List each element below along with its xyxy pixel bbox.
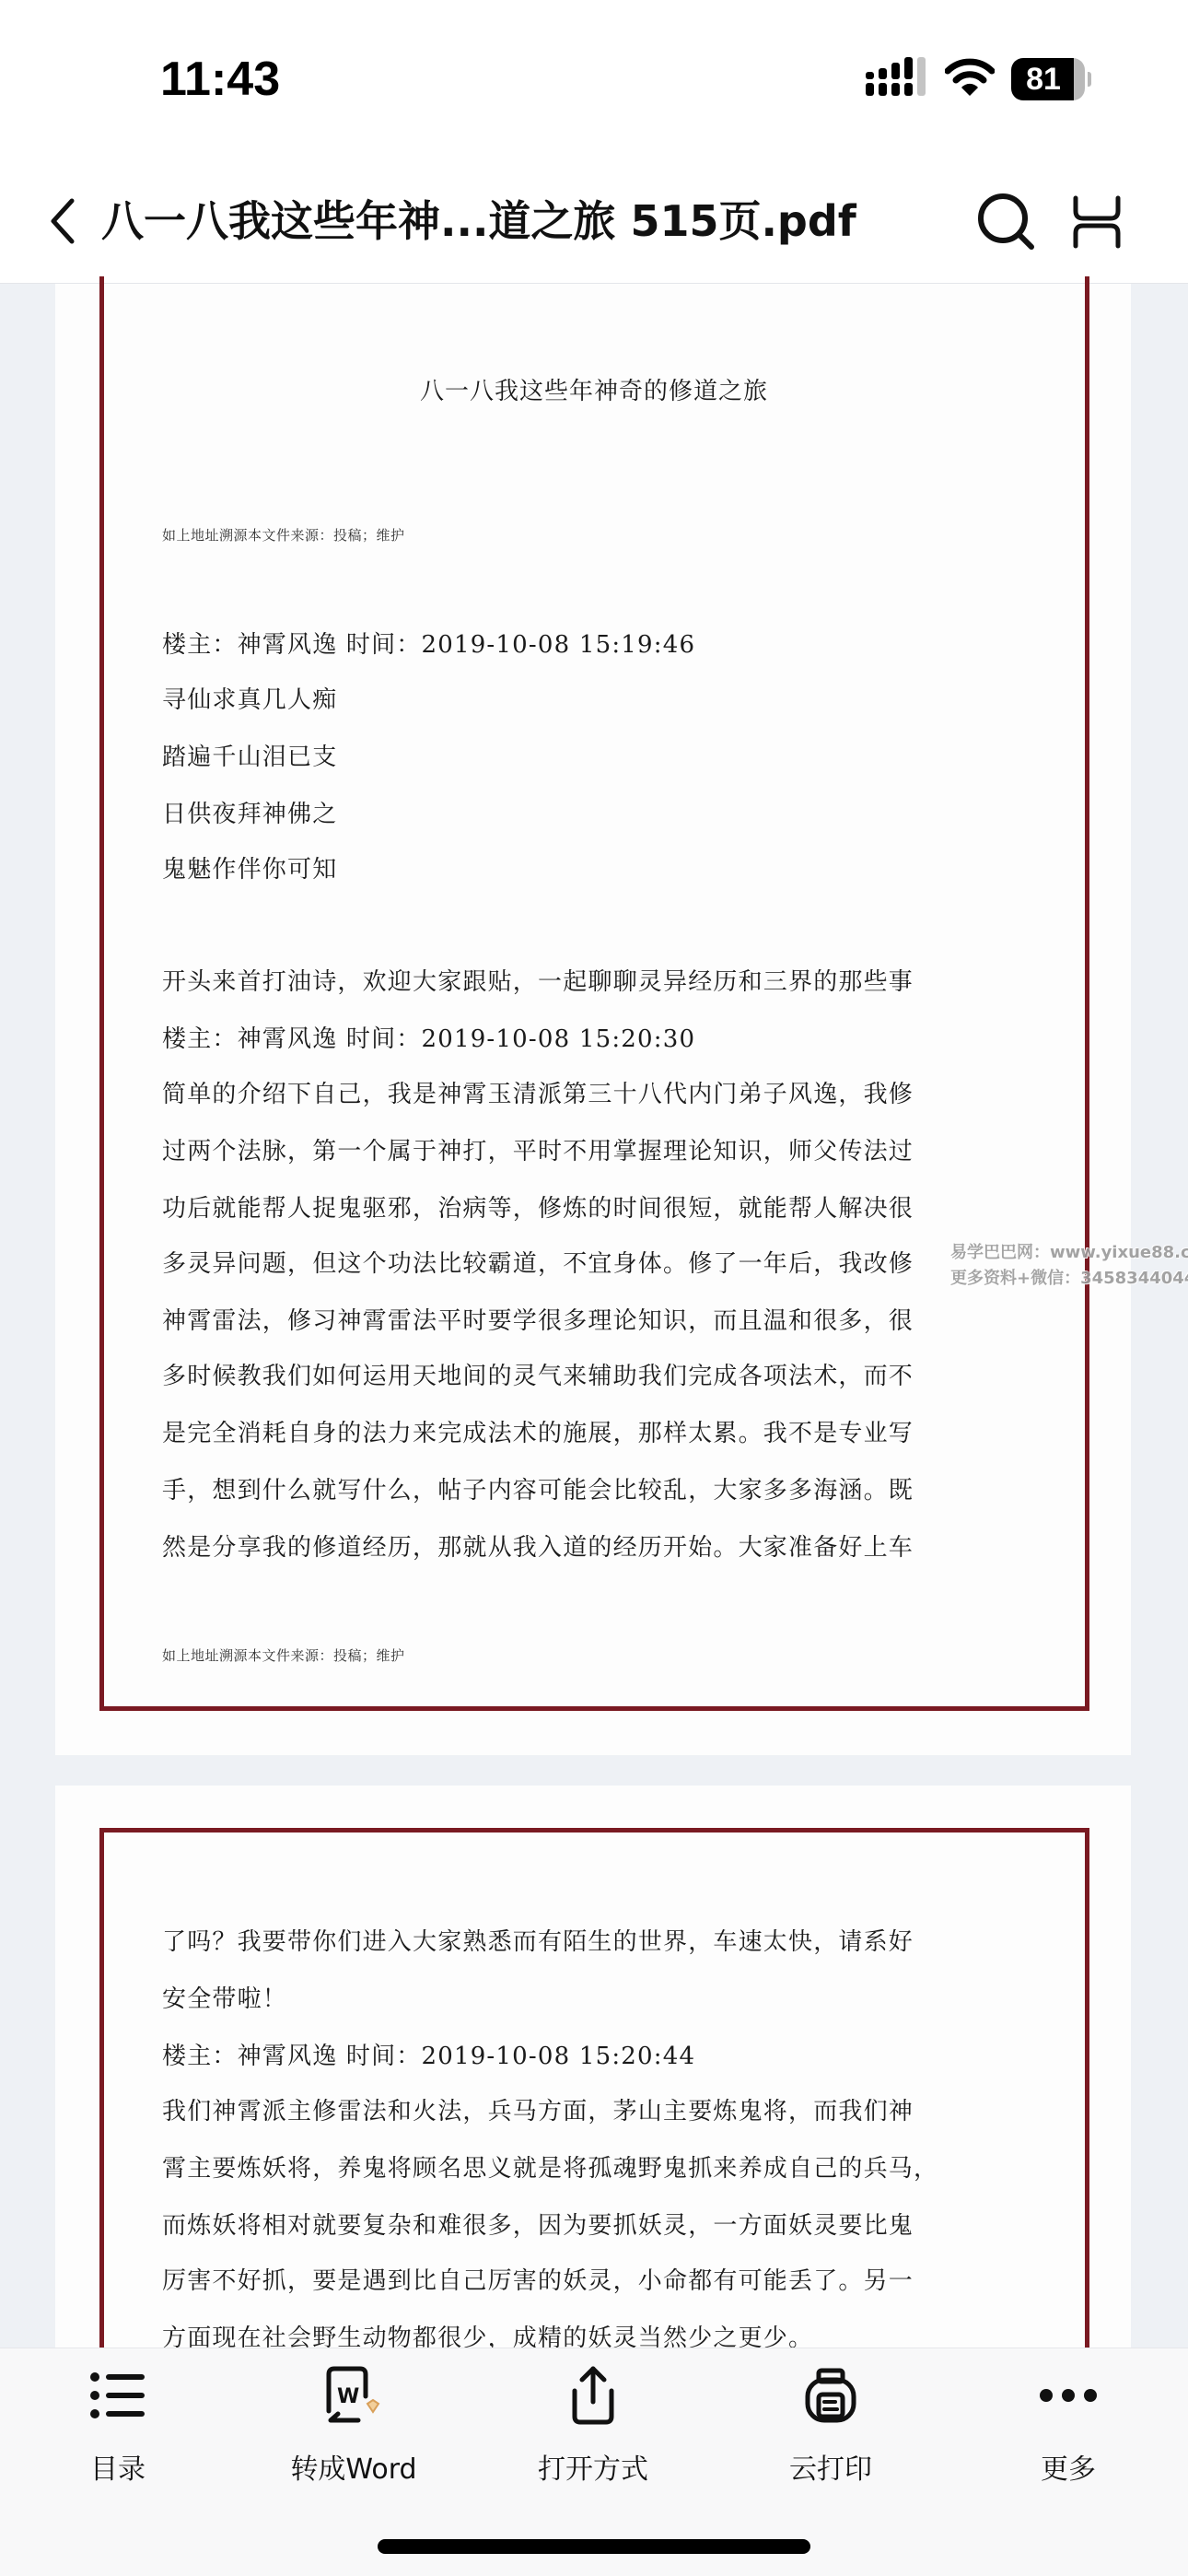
body-line: 是完全消耗自身的法力来完成法术的施展，那样太累。我不是专业写 xyxy=(162,1406,914,1461)
body-line: 霄主要炼妖将，养鬼将顾名思义就是将孤魂野鬼抓来养成自己的兵马， xyxy=(162,2141,938,2196)
list-icon xyxy=(86,2363,150,2428)
body-line: 了吗？我要带你们进入大家熟悉而有陌生的世界，车速太快，请系好 xyxy=(162,1914,914,1970)
cellular-signal-icon xyxy=(866,57,928,101)
body-line: 开头来首打油诗，欢迎大家跟贴，一起聊聊灵异经历和三界的那些事 xyxy=(162,954,914,1010)
page-view-button[interactable] xyxy=(1065,190,1129,254)
battery-level: 81 xyxy=(1026,62,1061,98)
body-line: 手，想到什么就写什么，帖子内容可能会比较乱，大家多多海涵。既 xyxy=(162,1463,914,1518)
wifi-icon xyxy=(945,57,995,101)
home-indicator[interactable] xyxy=(378,2539,810,2554)
poem-line: 鬼魅作伴你可知 xyxy=(162,842,337,897)
toolbar-label: 转成Word xyxy=(290,2446,416,2487)
title-bar: 八一八我这些年神...道之旅 515页.pdf xyxy=(0,157,1188,284)
toolbar-label: 目录 xyxy=(90,2446,146,2487)
body-line: 多时候教我们如何运用天地间的灵气来辅助我们完成各项法术，而不 xyxy=(162,1349,914,1404)
chevron-left-icon xyxy=(48,197,77,245)
post-meta: 楼主：神霄风逸 时间：2019-10-08 15:20:44 xyxy=(162,2029,695,2084)
watermark-line-2: 更多资料+微信：3458344044 xyxy=(950,1266,1188,1292)
toolbar-label: 云打印 xyxy=(789,2446,872,2487)
printer-icon xyxy=(798,2363,863,2428)
word-convert-icon: W xyxy=(321,2363,386,2428)
body-line: 然是分享我的修道经历，那就从我入道的经历开始。大家准备好上车 xyxy=(162,1520,914,1575)
toolbar-cloud-print-button[interactable]: 云打印 xyxy=(739,2363,923,2501)
search-icon xyxy=(976,192,1037,252)
body-line: 神霄雷法，修习神霄雷法平时要学很多理论知识，而且温和很多，很 xyxy=(162,1294,914,1349)
status-icons: 81 xyxy=(866,57,1085,101)
fit-page-icon xyxy=(1069,194,1124,250)
toolbar-open-with-button[interactable]: 打开方式 xyxy=(501,2363,685,2501)
source-note-bottom: 如上地址溯源本文件来源：投稿；维护 xyxy=(162,1645,405,1665)
watermark: 易学巴巴网：www.yixue88.cn 更多资料+微信：3458344044 xyxy=(950,1240,1188,1292)
body-line: 而炼妖将相对就要复杂和难很多，因为要抓妖灵，一方面妖灵要比鬼 xyxy=(162,2198,914,2254)
status-time: 11:43 xyxy=(160,52,280,107)
poem-line: 日供夜拜神佛之 xyxy=(162,787,337,842)
body-line: 简单的介绍下自己，我是神霄玉清派第三十八代内门弟子风逸，我修 xyxy=(162,1067,914,1122)
toolbar-label: 更多 xyxy=(1041,2446,1096,2487)
poem-line: 寻仙求真几人痴 xyxy=(162,673,337,728)
post-meta: 楼主：神霄风逸 时间：2019-10-08 15:20:30 xyxy=(162,1012,695,1067)
toolbar-contents-button[interactable]: 目录 xyxy=(26,2363,210,2501)
battery-icon: 81 xyxy=(1011,58,1085,100)
body-line: 多灵异问题，但这个功法比较霸道，不宜身体。修了一年后，我改修 xyxy=(162,1236,914,1292)
svg-text:W: W xyxy=(337,2385,359,2408)
share-icon xyxy=(561,2363,625,2428)
watermark-line-1: 易学巴巴网：www.yixue88.cn xyxy=(950,1240,1188,1266)
toolbar-more-button[interactable]: 更多 xyxy=(976,2363,1160,2501)
toolbar-label: 打开方式 xyxy=(538,2446,648,2487)
more-icon xyxy=(1036,2363,1101,2428)
body-line: 厉害不好抓，要是遇到比自己厉害的妖灵，小命都有可能丢了。另一 xyxy=(162,2254,914,2309)
pdf-heading: 八一八我这些年神奇的修道之旅 xyxy=(0,372,1188,406)
body-line: 功后就能帮人捉鬼驱邪，治病等，修炼的时间很短，就能帮人解决很 xyxy=(162,1181,914,1236)
back-button[interactable] xyxy=(42,195,83,247)
post-meta: 楼主：神霄风逸 时间：2019-10-08 15:19:46 xyxy=(162,617,695,673)
body-line: 过两个法脉，第一个属于神打，平时不用掌握理论知识，师父传法过 xyxy=(162,1124,914,1179)
toolbar-convert-word-button[interactable]: W 转成Word xyxy=(262,2363,446,2501)
body-line: 安全带啦！ xyxy=(162,1972,287,2027)
body-line: 我们神霄派主修雷法和火法，兵马方面，茅山主要炼鬼将，而我们神 xyxy=(162,2084,914,2139)
status-bar: 11:43 81 xyxy=(0,0,1188,157)
poem-line: 踏遍千山泪已支 xyxy=(162,730,337,785)
document-title: 八一八我这些年神...道之旅 515页.pdf xyxy=(101,193,930,249)
source-note-top: 如上地址溯源本文件来源：投稿；维护 xyxy=(162,525,405,544)
search-button[interactable] xyxy=(974,190,1039,254)
